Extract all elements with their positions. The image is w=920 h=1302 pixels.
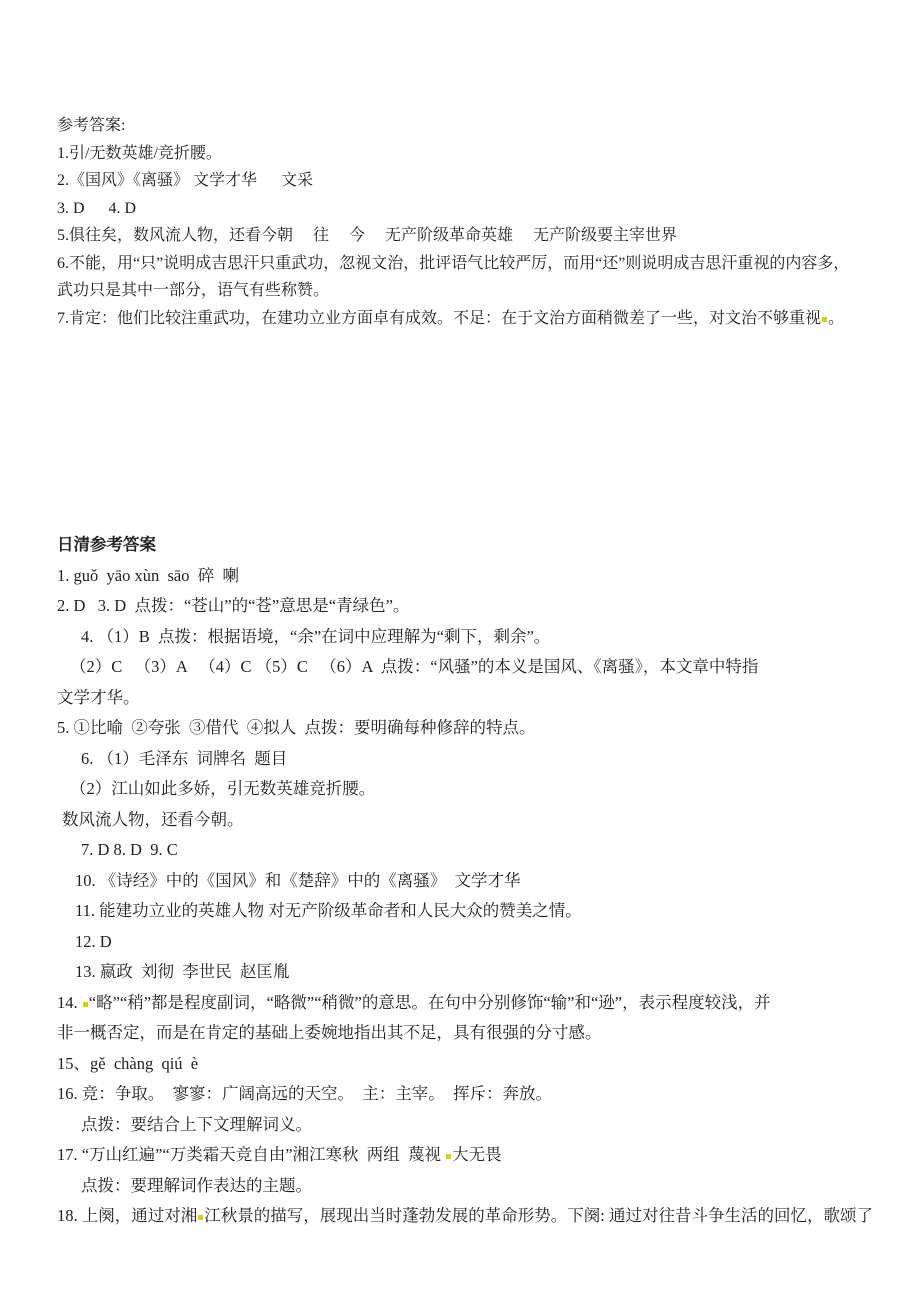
highlight-mark	[822, 317, 827, 322]
answer-line: 18. 上阕，通过对湘江秋景的描写，展现出当时蓬勃发展的革命形势。下阕: 通过对…	[57, 1201, 920, 1232]
document-viewport: { "page": { "background": "#ffffff", "te…	[0, 0, 920, 1302]
answer-line: 点拨：要结合上下文理解词义。	[57, 1110, 920, 1141]
answer-line: 5. ①比喻 ②夸张 ③借代 ④拟人 点拨：要明确每种修辞的特点。	[57, 713, 920, 744]
answer-line: 17. “万山红遍”“万类霜天竞自由”湘江寒秋 两组 蔑视 大无畏	[57, 1140, 920, 1171]
answer-line: 7. D 8. D 9. C	[57, 835, 920, 866]
answer-line: 11. 能建功立业的英雄人物 对无产阶级革命者和人民大众的赞美之情。	[57, 896, 920, 927]
document-page: 参考答案:1.引/无数英雄/竞折腰。2.《国风》《离骚》 文学才华 文采3. D…	[0, 0, 920, 1232]
answer-line: 文学才华。	[57, 683, 920, 714]
highlight-mark	[198, 1215, 203, 1220]
answer-line: 1. guǒ yāo xùn sāo 碎 喇	[57, 561, 920, 592]
answer-section-reference: 参考答案:1.引/无数英雄/竞折腰。2.《国风》《离骚》 文学才华 文采3. D…	[57, 112, 920, 332]
answer-line: 16. 竞：争取。 寥寥：广阔高远的天空。 主：主宰。 挥斥：奔放。	[57, 1079, 920, 1110]
answer-line: 14. “略”“稍”都是程度副词，“略微”“稍微”的意思。在句中分别修饰“输”和…	[57, 988, 920, 1019]
answer-line: 武功只是其中一部分，语气有些称赞。	[57, 277, 920, 305]
highlight-mark	[446, 1154, 451, 1159]
answer-line: 6.不能，用“只”说明成吉思汗只重武功，忽视文治，批评语气比较严厉，而用“还”则…	[57, 250, 920, 278]
section1-title: 参考答案:	[57, 112, 920, 140]
answer-line: 10. 《诗经》中的《国风》和《楚辞》中的《离骚》 文学才华	[57, 866, 920, 897]
answer-line: 4. （1）B 点拨：根据语境，“余”在词中应理解为“剩下，剩余”。	[57, 622, 920, 653]
answer-section-riqing: 日清参考答案1. guǒ yāo xùn sāo 碎 喇2. D 3. D 点拨…	[57, 530, 920, 1232]
answer-line: 2.《国风》《离骚》 文学才华 文采	[57, 167, 920, 195]
answer-line: 12. D	[57, 927, 920, 958]
answer-line: 数风流人物，还看今朝。	[57, 805, 920, 836]
answer-line: （2）C （3）A （4）C （5）C （6）A 点拨：“风骚”的本义是国风、《…	[57, 652, 920, 683]
answer-line: 13. 嬴政 刘彻 李世民 赵匡胤	[57, 957, 920, 988]
answer-line: （2）江山如此多娇，引无数英雄竞折腰。	[57, 774, 920, 805]
answer-line: 5.俱往矣，数风流人物，还看今朝 往 今 无产阶级革命英雄 无产阶级要主宰世界	[57, 222, 920, 250]
highlight-mark	[83, 1002, 88, 1007]
answer-line: 2. D 3. D 点拨：“苍山”的“苍”意思是“青绿色”。	[57, 591, 920, 622]
answer-line: 点拨：要理解词作表达的主题。	[57, 1171, 920, 1202]
answer-line: 1.引/无数英雄/竞折腰。	[57, 140, 920, 168]
answer-line: 非一概否定，而是在肯定的基础上委婉地指出其不足，具有很强的分寸感。	[57, 1018, 920, 1049]
answer-line: 7.肯定：他们比较注重武功，在建功立业方面卓有成效。不足：在于文治方面稍微差了一…	[57, 305, 920, 333]
section2-title: 日清参考答案	[57, 530, 920, 561]
answer-line: 15、gě chàng qiú è	[57, 1049, 920, 1080]
answer-line: 3. D 4. D	[57, 195, 920, 223]
answer-line: 6. （1）毛泽东 词牌名 题目	[57, 744, 920, 775]
